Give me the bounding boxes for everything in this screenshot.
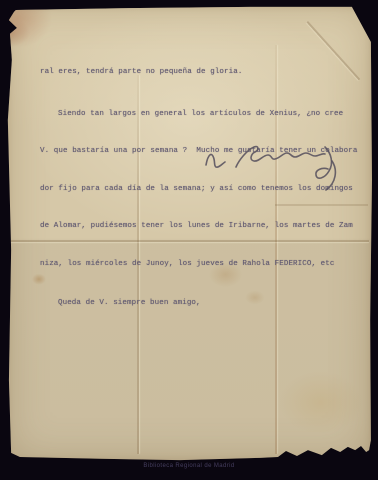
signature-stroke — [206, 154, 225, 167]
handwritten-signature — [198, 127, 350, 191]
typewritten-line: ral eres, tendrá parte no pequeña de glo… — [40, 66, 356, 79]
scanned-letter-page: ral eres, tendrá parte no pequeña de glo… — [0, 0, 378, 480]
typewritten-line: niza, los miércoles de Junoy, los jueves… — [40, 258, 356, 271]
signature-stroke — [236, 147, 325, 167]
typewritten-line: Siendo tan largos en general los artícul… — [40, 108, 356, 121]
letter-paper-sheet: ral eres, tendrá parte no pequeña de glo… — [6, 5, 372, 462]
signature-stroke — [316, 147, 332, 178]
typewritten-line: de Alomar, pudiésemos tener los lunes de… — [40, 220, 356, 233]
closing-line: Queda de V. siempre buen amigo, — [40, 297, 356, 310]
library-watermark: Biblioteca Regional de Madrid — [0, 463, 378, 469]
